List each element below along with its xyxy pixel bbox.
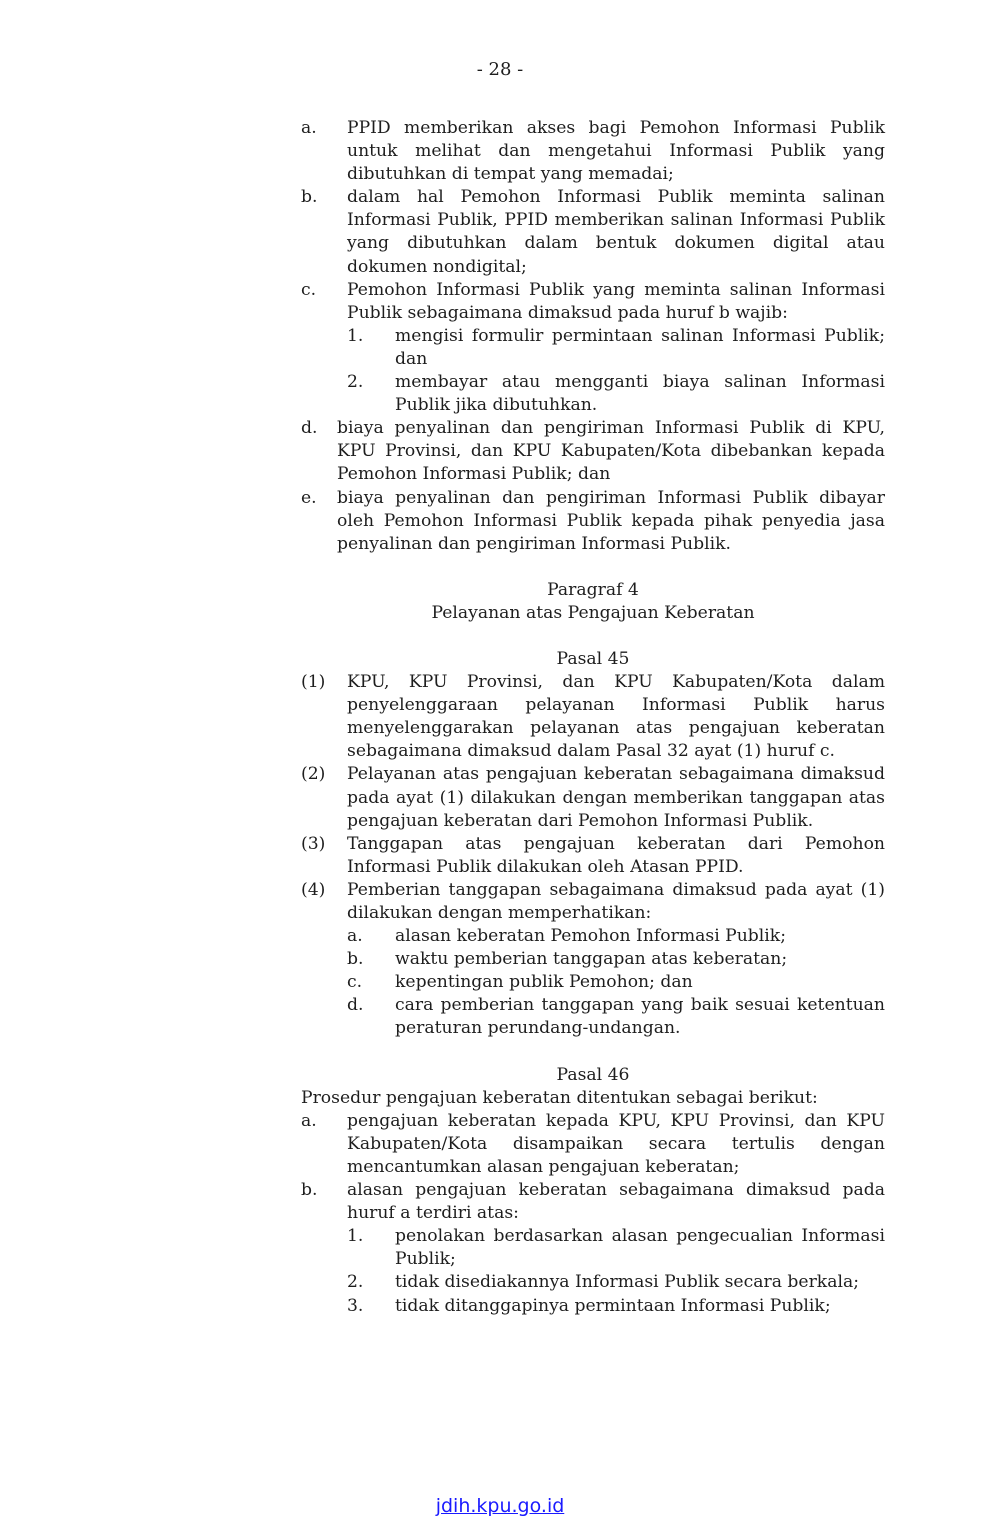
list-top: a.PPID memberikan akses bagi Pemohon Inf… xyxy=(301,117,885,556)
sub-list-item: b.waktu pemberian tanggapan atas keberat… xyxy=(347,948,885,971)
sub-list-item-text: kepentingan publik Pemohon; dan xyxy=(395,971,885,994)
pasal-46-heading: Pasal 46 xyxy=(301,1064,885,1087)
sub-list-item: 1.penolakan berdasarkan alasan pengecual… xyxy=(347,1225,885,1271)
list-item: (4)Pemberian tanggapan sebagaimana dimak… xyxy=(301,879,885,1041)
list-item-label: (4) xyxy=(301,879,347,1041)
sub-list-item: d.cara pemberian tanggapan yang baik ses… xyxy=(347,994,885,1040)
list-item-label: e. xyxy=(301,487,337,556)
sub-list-item: 1.mengisi formulir permintaan salinan In… xyxy=(347,325,885,371)
list-item-body: Tanggapan atas pengajuan keberatan dari … xyxy=(347,833,885,879)
list-item: a.PPID memberikan akses bagi Pemohon Inf… xyxy=(301,117,885,186)
sub-list-item: 2.membayar atau mengganti biaya salinan … xyxy=(347,371,885,417)
sub-list-item-label: 2. xyxy=(347,1271,395,1294)
sub-list-item-text: waktu pemberian tanggapan atas keberatan… xyxy=(395,948,885,971)
list-item-body: dalam hal Pemohon Informasi Publik memin… xyxy=(347,186,885,278)
list-item: d.biaya penyalinan dan pengiriman Inform… xyxy=(301,417,885,486)
sub-list-item-label: c. xyxy=(347,971,395,994)
list-item-body: Pemohon Informasi Publik yang meminta sa… xyxy=(347,279,885,325)
sub-list-item-label: 2. xyxy=(347,371,395,417)
pasal-45-ayat-list: (1)KPU, KPU Provinsi, dan KPU Kabupaten/… xyxy=(301,671,885,1041)
list-item-text: Tanggapan atas pengajuan keberatan dari … xyxy=(347,833,885,879)
sub-list-item-label: 1. xyxy=(347,325,395,371)
sub-list-item-label: a. xyxy=(347,925,395,948)
pasal-45-heading: Pasal 45 xyxy=(301,648,885,671)
list-item-body: Pelayanan atas pengajuan keberatan sebag… xyxy=(347,763,885,832)
list-item-label: b. xyxy=(301,1179,347,1318)
list-item-label: d. xyxy=(301,417,337,486)
sub-list-item: 3.tidak ditanggapinya permintaan Informa… xyxy=(347,1295,885,1318)
list-item-body: Pemberian tanggapan sebagaimana dimaksud… xyxy=(347,879,885,925)
list-item-label: (1) xyxy=(301,671,347,763)
sub-list-item-text: penolakan berdasarkan alasan pengecualia… xyxy=(395,1225,885,1271)
sub-list-item: 2.tidak disediakannya Informasi Publik s… xyxy=(347,1271,885,1294)
sub-list-item-label: b. xyxy=(347,948,395,971)
sub-list-item-text: tidak disediakannya Informasi Publik sec… xyxy=(395,1271,885,1294)
page-number: - 28 - xyxy=(0,58,1000,81)
list-item-body: PPID memberikan akses bagi Pemohon Infor… xyxy=(347,117,885,186)
document-body: a.PPID memberikan akses bagi Pemohon Inf… xyxy=(301,117,885,1318)
list-item: b.alasan pengajuan keberatan sebagaimana… xyxy=(301,1179,885,1318)
sub-list-item-text: cara pemberian tanggapan yang baik sesua… xyxy=(395,994,885,1040)
pasal-46-intro: Prosedur pengajuan keberatan ditentukan … xyxy=(301,1087,885,1110)
paragraf-title: Pelayanan atas Pengajuan Keberatan xyxy=(301,602,885,625)
sub-list-item-text: membayar atau mengganti biaya salinan In… xyxy=(395,371,885,417)
list-item-text: Pemohon Informasi Publik yang meminta sa… xyxy=(347,279,885,418)
footer-link[interactable]: jdih.kpu.go.id xyxy=(0,1495,1000,1517)
list-item: (1)KPU, KPU Provinsi, dan KPU Kabupaten/… xyxy=(301,671,885,763)
list-item-text: Pemberian tanggapan sebagaimana dimaksud… xyxy=(347,879,885,1041)
list-item-text: alasan pengajuan keberatan sebagaimana d… xyxy=(347,1179,885,1318)
list-item-label: b. xyxy=(301,186,347,278)
list-item-body: alasan pengajuan keberatan sebagaimana d… xyxy=(347,1179,885,1225)
list-item-text: KPU, KPU Provinsi, dan KPU Kabupaten/Kot… xyxy=(347,671,885,763)
list-item-text: pengajuan keberatan kepada KPU, KPU Prov… xyxy=(347,1110,885,1179)
list-item: (3)Tanggapan atas pengajuan keberatan da… xyxy=(301,833,885,879)
sub-list-item-label: 1. xyxy=(347,1225,395,1271)
list-item-text: dalam hal Pemohon Informasi Publik memin… xyxy=(347,186,885,278)
list-item-label: a. xyxy=(301,1110,347,1179)
sub-list-item-text: tidak ditanggapinya permintaan Informasi… xyxy=(395,1295,885,1318)
list-item-label: a. xyxy=(301,117,347,186)
list-item-text: biaya penyalinan dan pengiriman Informas… xyxy=(337,417,885,486)
list-item: b.dalam hal Pemohon Informasi Publik mem… xyxy=(301,186,885,278)
sub-list-item: c.kepentingan publik Pemohon; dan xyxy=(347,971,885,994)
list-item-label: (2) xyxy=(301,763,347,832)
list-item-body: KPU, KPU Provinsi, dan KPU Kabupaten/Kot… xyxy=(347,671,885,763)
list-item-label: c. xyxy=(301,279,347,418)
list-item-body: biaya penyalinan dan pengiriman Informas… xyxy=(337,417,885,486)
list-item: c.Pemohon Informasi Publik yang meminta … xyxy=(301,279,885,418)
list-item-text: biaya penyalinan dan pengiriman Informas… xyxy=(337,487,885,556)
list-item: a.pengajuan keberatan kepada KPU, KPU Pr… xyxy=(301,1110,885,1179)
pasal-46-list: a.pengajuan keberatan kepada KPU, KPU Pr… xyxy=(301,1110,885,1318)
sub-list-item-text: mengisi formulir permintaan salinan Info… xyxy=(395,325,885,371)
list-item-label: (3) xyxy=(301,833,347,879)
list-item-text: Pelayanan atas pengajuan keberatan sebag… xyxy=(347,763,885,832)
sub-list-item-text: alasan keberatan Pemohon Informasi Publi… xyxy=(395,925,885,948)
list-item-body: biaya penyalinan dan pengiriman Informas… xyxy=(337,487,885,556)
list-item: (2)Pelayanan atas pengajuan keberatan se… xyxy=(301,763,885,832)
list-item: e.biaya penyalinan dan pengiriman Inform… xyxy=(301,487,885,556)
list-item-text: PPID memberikan akses bagi Pemohon Infor… xyxy=(347,117,885,186)
list-item-body: pengajuan keberatan kepada KPU, KPU Prov… xyxy=(347,1110,885,1179)
sub-list-item-label: d. xyxy=(347,994,395,1040)
sub-list-item-label: 3. xyxy=(347,1295,395,1318)
sub-list-item: a.alasan keberatan Pemohon Informasi Pub… xyxy=(347,925,885,948)
paragraf-heading: Paragraf 4 xyxy=(301,579,885,602)
